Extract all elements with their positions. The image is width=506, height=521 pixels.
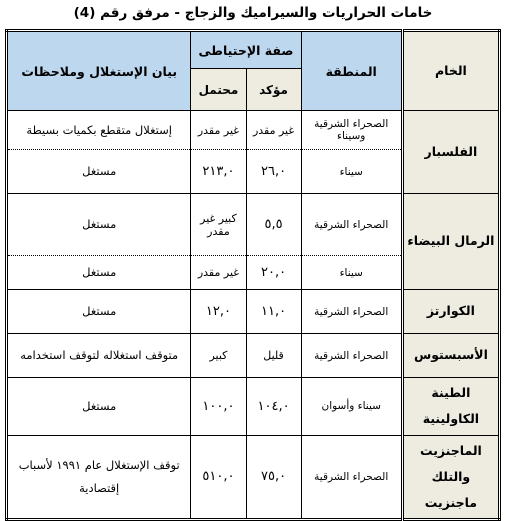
- confirmed-cell: ٢٠,٠: [246, 256, 301, 290]
- probable-cell: كبير غير مقدر: [191, 194, 246, 256]
- probable-cell: ١٠٠,٠: [191, 378, 246, 436]
- region-cell: الصحراء الشرقية: [301, 334, 402, 378]
- confirmed-cell: ٧٥,٠: [246, 435, 301, 520]
- table-row: الرمال البيضاء الصحراء الشرقية ٥,٥ كبير …: [7, 194, 500, 256]
- material-name: الكوارتز: [402, 290, 499, 334]
- header-material: الخام: [402, 31, 499, 111]
- confirmed-cell: ١٠٤,٠: [246, 378, 301, 436]
- probable-cell: غير مقدر: [191, 256, 246, 290]
- table-row: الماجنزيت والتلك ماجنزيت الصحراء الشرقية…: [7, 435, 500, 520]
- header-probable: محتمل: [191, 69, 246, 111]
- material-name: الماجنزيت والتلك ماجنزيت: [402, 435, 499, 520]
- header-notes: بيان الإستغلال وملاحظات: [7, 31, 191, 111]
- header-confirmed: مؤكد: [246, 69, 301, 111]
- region-cell: الصحراء الشرقية: [301, 194, 402, 256]
- table-row: الكوارتز الصحراء الشرقية ١١,٠ ١٢,٠ مستغل: [7, 290, 500, 334]
- material-name: الطينة الكاولينية: [402, 378, 499, 436]
- probable-cell: ٥١٠,٠: [191, 435, 246, 520]
- material-name: الرمال البيضاء: [402, 194, 499, 290]
- region-cell: الصحراء الشرقية وسيناء: [301, 111, 402, 150]
- probable-cell: ١٢,٠: [191, 290, 246, 334]
- note-cell: مستغل: [7, 378, 191, 436]
- document-page: خامات الحراريات والسيراميك والزجاج - مرف…: [0, 0, 506, 521]
- page-title: خامات الحراريات والسيراميك والزجاج - مرف…: [0, 0, 506, 29]
- confirmed-cell: غير مقدر: [246, 111, 301, 150]
- minerals-table: الخام المنطقة صفة الإحتياطى بيان الإستغل…: [5, 29, 501, 521]
- confirmed-cell: قليل: [246, 334, 301, 378]
- material-name: الأسبستوس: [402, 334, 499, 378]
- note-cell: مستغل: [7, 256, 191, 290]
- header-region: المنطقة: [301, 31, 402, 111]
- table-row: الفلسبار الصحراء الشرقية وسيناء غير مقدر…: [7, 111, 500, 150]
- confirmed-cell: ٥,٥: [246, 194, 301, 256]
- region-cell: الصحراء الشرقية: [301, 290, 402, 334]
- region-cell: سيناء: [301, 256, 402, 290]
- table-row: الأسبستوس الصحراء الشرقية قليل كبير متوق…: [7, 334, 500, 378]
- confirmed-cell: ٢٦,٠: [246, 150, 301, 194]
- note-cell: مستغل: [7, 290, 191, 334]
- note-cell: إستغلال متقطع بكميات بسيطة: [7, 111, 191, 150]
- probable-cell: كبير: [191, 334, 246, 378]
- note-cell: توقف الإستغلال عام ١٩٩١ لأسباب إقتصادية: [7, 435, 191, 520]
- note-cell: متوقف استغلاله لتوقف استخدامه: [7, 334, 191, 378]
- material-name: الفلسبار: [402, 111, 499, 194]
- note-cell: مستغل: [7, 150, 191, 194]
- probable-cell: غير مقدر: [191, 111, 246, 150]
- region-cell: سيناء وأسوان: [301, 378, 402, 436]
- region-cell: الصحراء الشرقية: [301, 435, 402, 520]
- confirmed-cell: ١١,٠: [246, 290, 301, 334]
- region-cell: سيناء: [301, 150, 402, 194]
- note-cell: مستغل: [7, 194, 191, 256]
- table-row: الطينة الكاولينية سيناء وأسوان ١٠٤,٠ ١٠٠…: [7, 378, 500, 436]
- probable-cell: ٢١٣,٠: [191, 150, 246, 194]
- header-reserve-type: صفة الإحتياطى: [191, 31, 301, 69]
